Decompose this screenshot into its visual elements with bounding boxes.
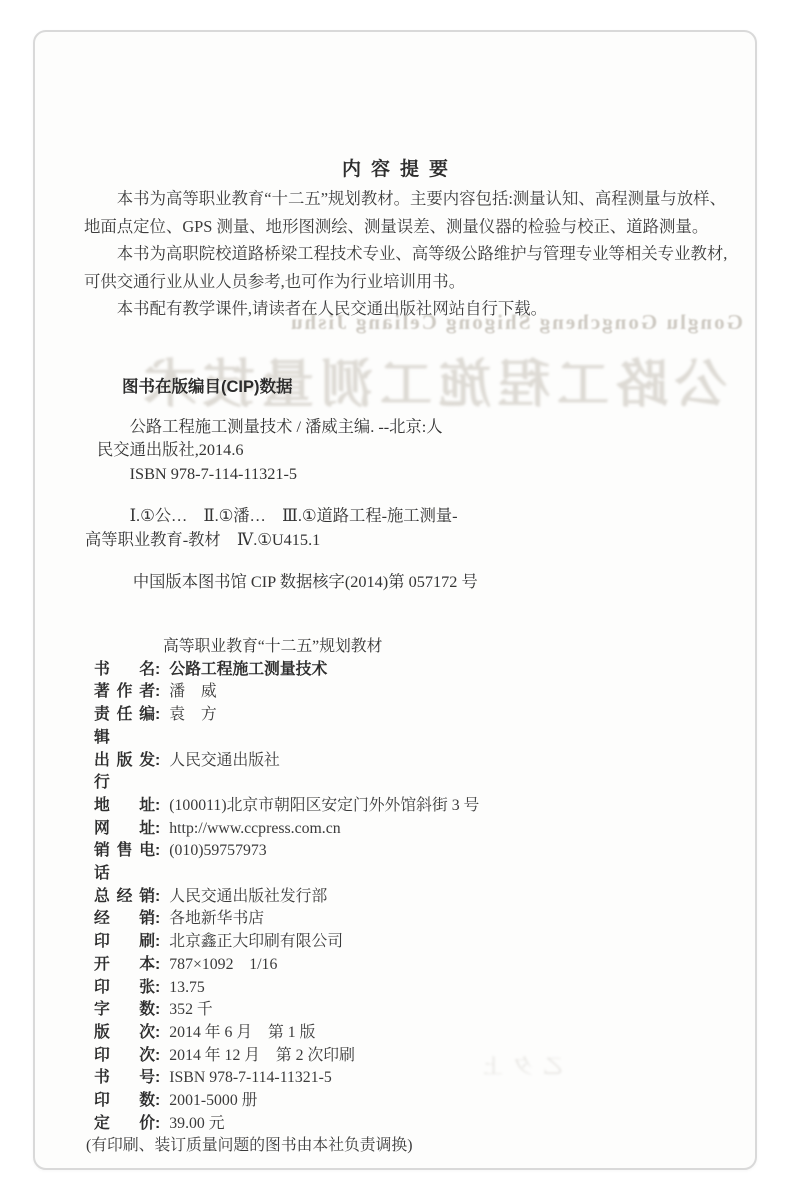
content-summary-paragraph: 本书为高职院校道路桥梁工程技术专业、高等级公路维护与管理专业等相关专业教材,可供… [84, 240, 736, 295]
colophon-row: 出版发行:人民交通出版社 [94, 750, 748, 795]
colophon-row: 书名:公路工程施工测量技术 [94, 659, 748, 682]
colophon-row-value: (100011)北京市朝阳区安定门外外馆斜街 3 号 [169, 795, 479, 818]
colophon-row: 地址:(100011)北京市朝阳区安定门外外馆斜街 3 号 [94, 795, 748, 818]
colophon-row-value: ISBN 978-7-114-11321-5 [169, 1067, 332, 1090]
colophon-row-colon: : [155, 1022, 160, 1045]
colophon-row: 印张:13.75 [94, 977, 748, 1000]
colophon-row: 印刷:北京鑫正大印刷有限公司 [94, 931, 748, 954]
colophon-row-colon: : [155, 840, 160, 885]
cip-record-line: ISBN 978-7-114-11321-5 [97, 462, 719, 485]
cip-data-block: 公路工程施工测量技术 / 潘威主编. --北京:人 民交通出版社,2014.6 … [97, 415, 719, 593]
colophon-row-value: 潘 威 [169, 681, 216, 704]
colophon-row-value: 2014 年 6 月 第 1 版 [169, 1022, 315, 1045]
cip-classification-line: 高等职业教育-教材 Ⅳ.①U415.1 [85, 528, 719, 551]
colophon-row: 定价:39.00 元 [94, 1113, 748, 1136]
colophon-row-label: 版次 [94, 1022, 155, 1045]
colophon-row: 责任编辑:袁 方 [94, 704, 748, 749]
colophon-row-value: 公路工程施工测量技术 [169, 659, 327, 682]
content-summary-title: 内容提要 [35, 154, 755, 181]
colophon-row-colon: : [155, 977, 160, 1000]
colophon-row-colon: : [155, 1045, 160, 1068]
colophon-row-colon: : [155, 818, 160, 841]
colophon-row-value: 各地新华书店 [169, 908, 264, 931]
colophon-row-colon: : [155, 886, 160, 909]
colophon-row-label: 书号 [94, 1067, 155, 1090]
colophon-row: 经销:各地新华书店 [94, 908, 748, 931]
colophon-row-label: 字数 [94, 999, 155, 1022]
colophon-row-colon: : [155, 750, 160, 795]
colophon-row: 著作者:潘 威 [94, 681, 748, 704]
colophon-row-value: 39.00 元 [169, 1113, 224, 1136]
colophon-row-label: 出版发行 [94, 750, 155, 795]
colophon-row-colon: : [155, 931, 160, 954]
colophon-row-label: 定价 [94, 1113, 155, 1136]
colophon-row-colon: : [155, 954, 160, 977]
content-summary: 本书为高等职业教育“十二五”规划教材。主要内容包括:测量认知、高程测量与放样、地… [84, 185, 736, 323]
colophon-row-label: 印张 [94, 977, 155, 1000]
cip-classification-line: Ⅰ.①公… Ⅱ.①潘… Ⅲ.①道路工程-施工测量- [97, 504, 719, 527]
colophon-row-value: 人民交通出版社发行部 [169, 886, 327, 909]
colophon-row-value: 2014 年 12 月 第 2 次印刷 [169, 1045, 355, 1068]
colophon-row-value: 袁 方 [169, 704, 216, 749]
colophon-row-label: 总经销 [94, 886, 155, 909]
content-summary-paragraph: 本书配有教学课件,请读者在人民交通出版社网站自行下载。 [84, 295, 736, 323]
colophon-row-value: 13.75 [169, 977, 205, 1000]
colophon-row-label: 著作者 [94, 681, 155, 704]
colophon-row-label: 书名 [94, 659, 155, 682]
colophon-row-colon: : [155, 659, 160, 682]
colophon-row: 网址:http://www.ccpress.com.cn [94, 818, 748, 841]
colophon-row-colon: : [155, 1113, 160, 1136]
colophon-row-colon: : [155, 795, 160, 818]
colophon-row-colon: : [155, 1090, 160, 1113]
colophon-row: 印数:2001-5000 册 [94, 1090, 748, 1113]
colophon-row-label: 销售电话 [94, 840, 155, 885]
colophon: 高等职业教育“十二五”规划教材 书名:公路工程施工测量技术 著作者:潘 威 责任… [86, 636, 748, 1158]
content-summary-paragraph: 本书为高等职业教育“十二五”规划教材。主要内容包括:测量认知、高程测量与放样、地… [84, 185, 736, 240]
colophon-row-label: 印次 [94, 1045, 155, 1068]
colophon-row: 销售电话:(010)59757973 [94, 840, 748, 885]
colophon-row-value: 2001-5000 册 [169, 1090, 257, 1113]
colophon-row-label: 印刷 [94, 931, 155, 954]
colophon-row: 书号:ISBN 978-7-114-11321-5 [94, 1067, 748, 1090]
colophon-row-label: 地址 [94, 795, 155, 818]
series-title: 高等职业教育“十二五”规划教材 [163, 636, 748, 659]
colophon-row-label: 责任编辑 [94, 704, 155, 749]
colophon-row-value: (010)59757973 [169, 840, 266, 885]
colophon-row: 开本:787×1092 1/16 [94, 954, 748, 977]
colophon-row-colon: : [155, 908, 160, 931]
colophon-row-label: 网址 [94, 818, 155, 841]
scan-page: Gonglu Gongcheng Shigong Celiang Jishu 公… [33, 30, 757, 1170]
colophon-row-value: 北京鑫正大印刷有限公司 [169, 931, 343, 954]
colophon-row: 印次:2014 年 12 月 第 2 次印刷 [94, 1045, 748, 1068]
cip-registry-number: 中国版本图书馆 CIP 数据核字(2014)第 057172 号 [97, 570, 719, 593]
colophon-row: 总经销:人民交通出版社发行部 [94, 886, 748, 909]
colophon-row-colon: : [155, 999, 160, 1022]
colophon-row-colon: : [155, 704, 160, 749]
colophon-row-value: http://www.ccpress.com.cn [169, 818, 340, 841]
colophon-row-value: 787×1092 1/16 [169, 954, 277, 977]
quality-note: (有印刷、装订质量问题的图书由本社负责调换) [86, 1135, 748, 1158]
colophon-row-value: 352 千 [169, 999, 212, 1022]
colophon-row: 版次:2014 年 6 月 第 1 版 [94, 1022, 748, 1045]
colophon-row-value: 人民交通出版社 [169, 750, 280, 795]
colophon-row-label: 经销 [94, 908, 155, 931]
colophon-row-colon: : [155, 1067, 160, 1090]
colophon-row-colon: : [155, 681, 160, 704]
cip-record-line: 民交通出版社,2014.6 [97, 438, 719, 461]
colophon-row-label: 印数 [94, 1090, 155, 1113]
colophon-row: 字数:352 千 [94, 999, 748, 1022]
colophon-row-label: 开本 [94, 954, 155, 977]
cip-data-heading: 图书在版编目(CIP)数据 [122, 373, 293, 397]
cip-record-line: 公路工程施工测量技术 / 潘威主编. --北京:人 [97, 415, 719, 438]
